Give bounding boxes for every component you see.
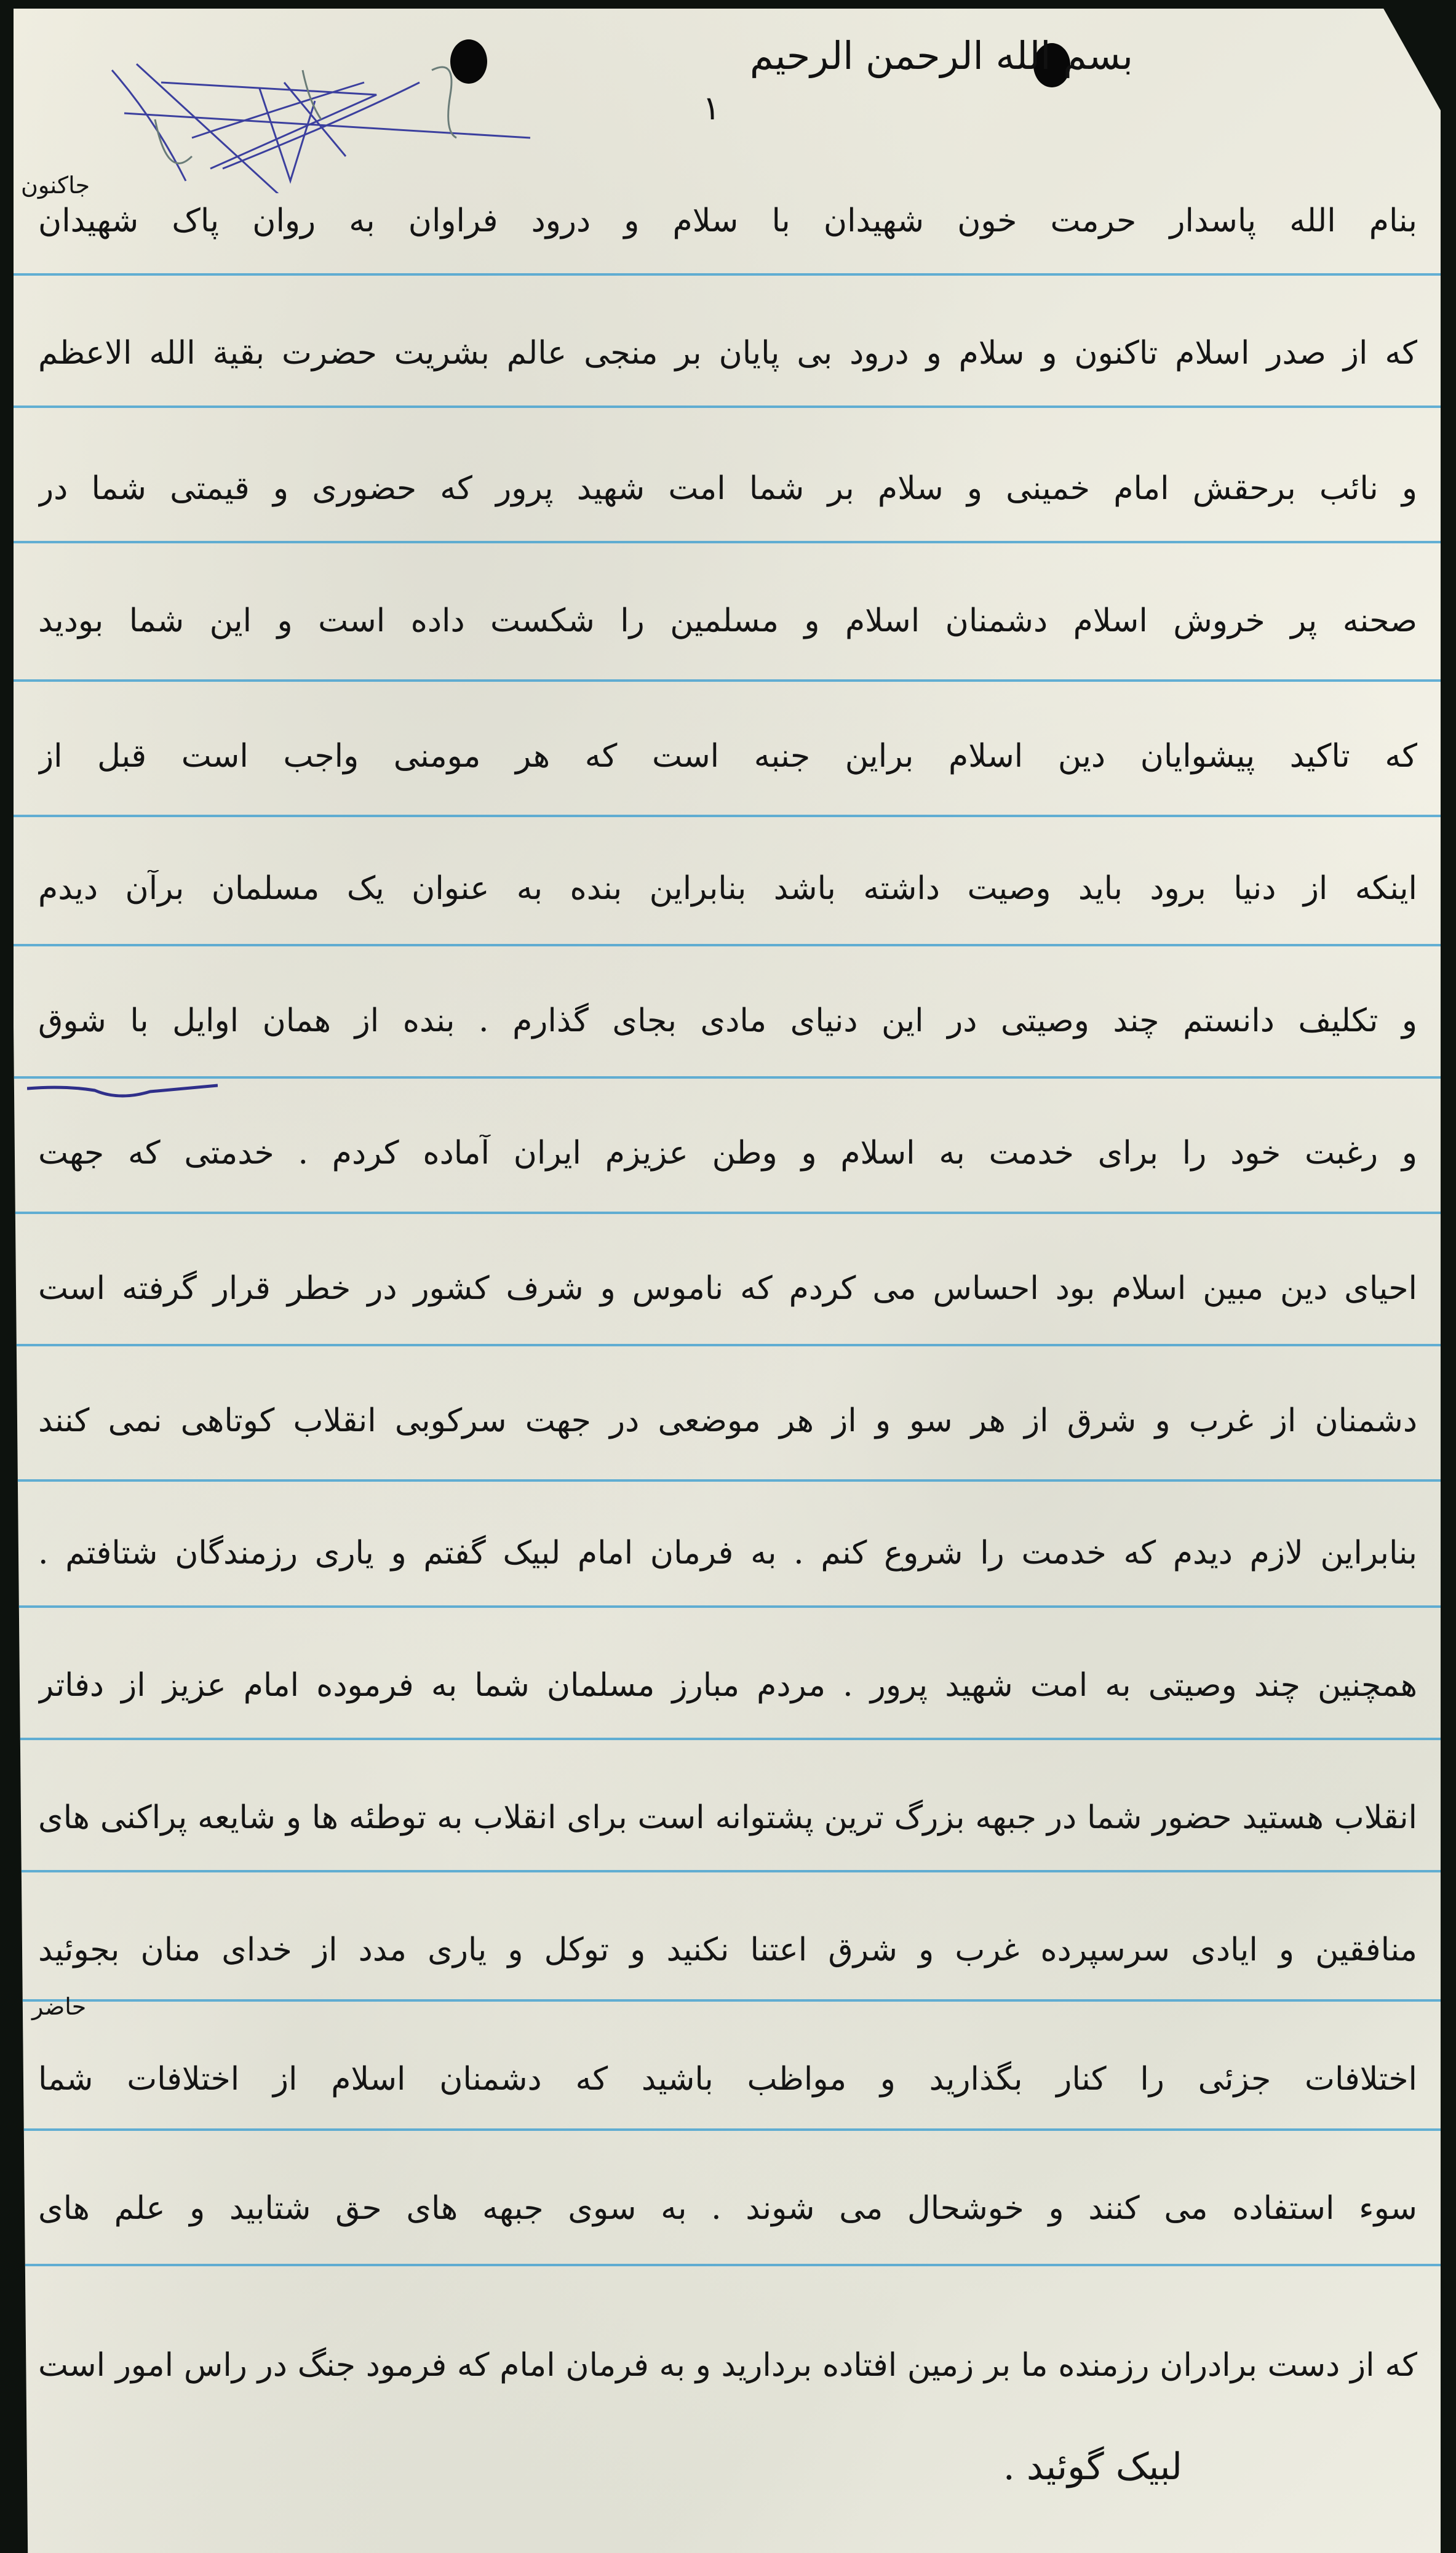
ruled-line bbox=[14, 1738, 1441, 1740]
letter-line: احیای دین مبین اسلام بود احساس می کردم ک… bbox=[38, 1270, 1417, 1307]
ruled-line bbox=[14, 1479, 1441, 1482]
page-number: ۱ bbox=[702, 89, 720, 127]
letter-line: و رغبت خود را برای خدمت به اسلام و وطن ع… bbox=[38, 1135, 1417, 1172]
letter-paper: بسم الله الرحمن الرحیم ۱ جاکنون حاضر بنا… bbox=[14, 9, 1441, 2553]
ruled-line bbox=[14, 1870, 1441, 1872]
letter-line: که از دست برادران رزمنده ما بر زمین افتا… bbox=[38, 2347, 1417, 2384]
letter-line: سوء استفاده می کنند و خوشحال می شوند . ب… bbox=[38, 2190, 1417, 2227]
margin-note: جاکنون bbox=[21, 172, 90, 199]
letter-line: که تاکید پیشوایان دین اسلام براین جنبه ا… bbox=[38, 738, 1417, 775]
ruled-line bbox=[14, 406, 1441, 408]
closing-line: لبیک گوئید . bbox=[1003, 2445, 1182, 2488]
letter-line: انقلاب هستید حضور شما در جبهه بزرگ ترین … bbox=[38, 1799, 1417, 1836]
ruled-line bbox=[14, 273, 1441, 276]
ruled-line bbox=[14, 1344, 1441, 1346]
ruled-line bbox=[14, 1212, 1441, 1214]
ruled-line bbox=[14, 2128, 1441, 2131]
letter-header: بسم الله الرحمن الرحیم bbox=[750, 33, 1133, 78]
letter-line: و تکلیف دانستم چند وصیتی در این دنیای ما… bbox=[38, 1002, 1417, 1039]
signature-scribble-icon bbox=[100, 46, 543, 193]
ruled-line bbox=[14, 944, 1441, 946]
ruled-line bbox=[14, 1076, 1441, 1079]
letter-line: همچنین چند وصیتی به امت شهید پرور . مردم… bbox=[38, 1667, 1417, 1704]
letter-line: بنابراین لازم دیدم که خدمت را شروع کنم .… bbox=[38, 1535, 1417, 1572]
letter-line: و نائب برحقش امام خمینی و سلام بر شما ام… bbox=[38, 470, 1417, 507]
letter-line: اینکه از دنیا برود باید وصیت داشته باشد … bbox=[38, 870, 1417, 907]
ruled-line bbox=[14, 679, 1441, 682]
letter-line: صحنه پر خروش اسلام دشمنان اسلام و مسلمین… bbox=[38, 602, 1417, 639]
letter-line: بنام الله پاسدار حرمت خون شهیدان با سلام… bbox=[38, 202, 1417, 239]
ruled-line bbox=[14, 1605, 1441, 1608]
letter-line: منافقین و ایادی سرسپرده غرب و شرق اعتنا … bbox=[38, 1932, 1417, 1968]
pen-mark-icon bbox=[27, 1073, 218, 1104]
letter-line: که از صدر اسلام تاکنون و سلام و درود بی … bbox=[38, 335, 1417, 372]
margin-note: حاضر bbox=[32, 1993, 86, 2020]
letter-line: دشمنان از غرب و شرق از هر سو و از هر موض… bbox=[38, 1402, 1417, 1439]
ruled-line bbox=[14, 2264, 1441, 2266]
ruled-line bbox=[14, 815, 1441, 817]
ruled-line bbox=[14, 1999, 1441, 2002]
letter-line: اختلافات جزئی را کنار بگذارید و مواظب با… bbox=[38, 2061, 1417, 2098]
ruled-line bbox=[14, 541, 1441, 543]
